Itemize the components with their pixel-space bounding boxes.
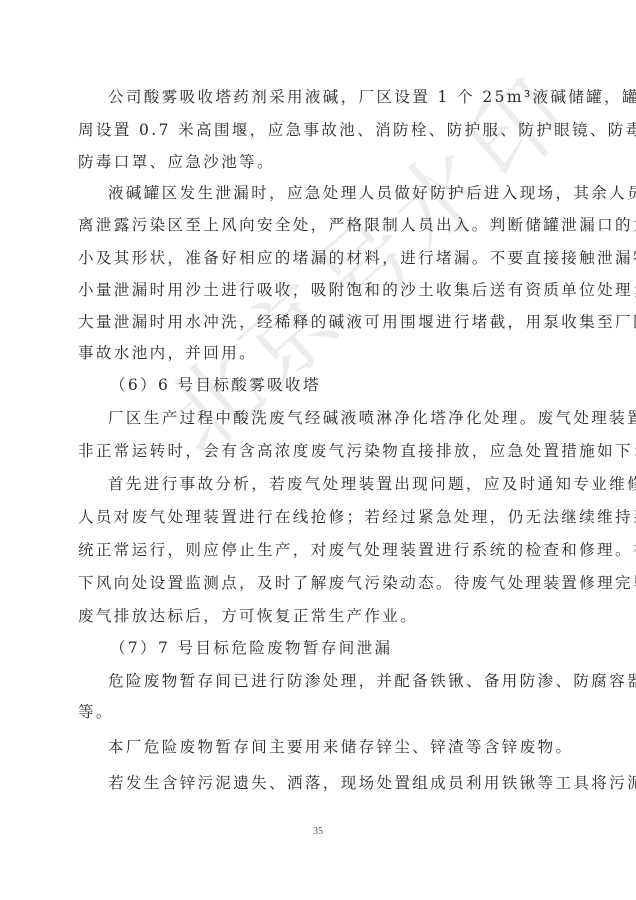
document-page: 北京号水印 公司酸雾吸收塔药剂采用液碱，厂区设置 1 个 25m³液碱储罐，罐区… (0, 0, 636, 900)
paragraph-line: 事故水池内，并回用。 (78, 343, 558, 363)
paragraph-line: 下风向处设置监测点，及时了解废气污染动态。待废气处理装置修理完毕， (78, 573, 558, 593)
paragraph-line: 统正常运行，则应停止生产，对废气处理装置进行系统的检查和修理。在 (78, 540, 558, 560)
paragraph-line: 废气排放达标后，方可恢复正常生产作业。 (78, 606, 558, 626)
section-heading: （7）7 号目标危险废物暂存间泄漏 (110, 638, 590, 658)
paragraph-line: 大量泄漏时用水冲洗，经稀释的碱液可用围堰进行堵截，用泵收集至厂区 (78, 312, 558, 332)
section-heading: （6）6 号目标酸雾吸收塔 (110, 375, 590, 395)
paragraph-line: 人员对废气处理装置进行在线抢修；若经过紧急处理，仍无法继续维持系 (78, 507, 558, 527)
paragraph-line: 周设置 0.7 米高围堰，应急事故池、消防栓、防护服、防护眼镜、防毒面具、 (78, 120, 558, 140)
paragraph-line: 公司酸雾吸收塔药剂采用液碱，厂区设置 1 个 25m³液碱储罐，罐区四 (108, 87, 588, 107)
paragraph-line: 非正常运转时，会有含高浓度废气污染物直接排放，应急处置措施如下： (78, 441, 558, 461)
paragraph-line: 本厂危险废物暂存间主要用来储存锌尘、锌渣等含锌废物。 (108, 737, 588, 757)
paragraph-line: 首先进行事故分析，若废气处理装置出现问题，应及时通知专业维修 (108, 474, 588, 494)
paragraph-line: 液碱罐区发生泄漏时，应急处理人员做好防护后进入现场，其余人员撤 (108, 183, 588, 203)
paragraph-line: 等。 (78, 702, 558, 722)
paragraph-line: 离泄露污染区至上风向安全处，严格限制人员出入。判断储罐泄漏口的大 (78, 215, 558, 235)
page-number: 35 (0, 826, 636, 837)
paragraph-line: 小及其形状，准备好相应的堵漏的材料，进行堵漏。不要直接接触泄漏物， (78, 248, 558, 268)
paragraph-line: 若发生含锌污泥遗失、洒落，现场处置组成员利用铁锹等工具将污泥 (108, 773, 588, 793)
paragraph-line: 小量泄漏时用沙土进行吸收，吸附饱和的沙土收集后送有资质单位处理； (78, 280, 558, 300)
paragraph-line: 防毒口罩、应急沙池等。 (78, 152, 558, 172)
paragraph-line: 厂区生产过程中酸洗废气经碱液喷淋净化塔净化处理。废气处理装置 (108, 408, 588, 428)
paragraph-line: 危险废物暂存间已进行防渗处理，并配备铁锹、备用防渗、防腐容器 (108, 671, 588, 691)
